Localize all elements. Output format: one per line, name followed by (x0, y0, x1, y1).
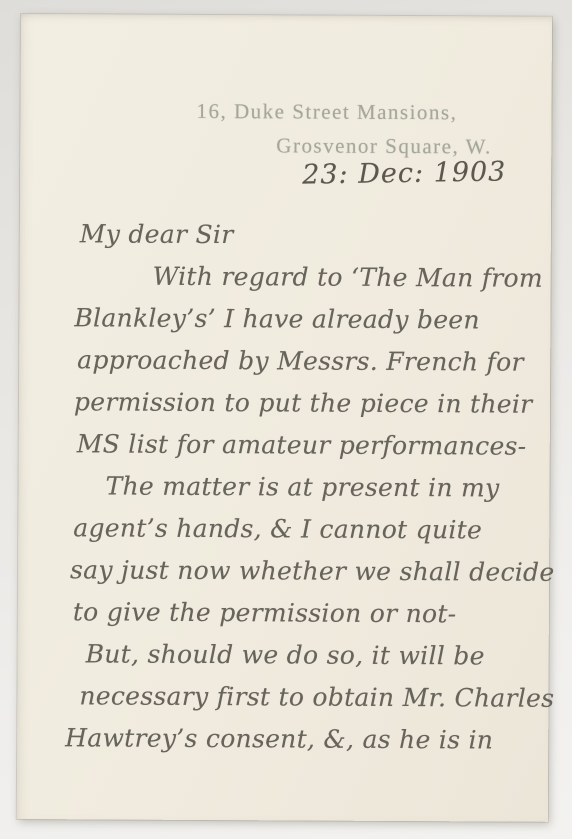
letter-line: say just now whether we shall decide (70, 549, 540, 593)
letter-paper: 16, Duke Street Mansions, Grosvenor Squa… (17, 14, 552, 822)
letter-line: The matter is at present in my (105, 465, 540, 509)
letter-line: agent’s hands, & I cannot quite (73, 507, 540, 551)
letter-line: With regard to ‘The Man from (153, 256, 542, 300)
letter-line: necessary first to obtain Mr. Charles (79, 675, 539, 719)
letterhead-address-line1: 16, Duke Street Mansions, (196, 99, 457, 125)
letter-line-salutation: My dear Sir (80, 213, 542, 257)
letter-line: to give the permission or not- (73, 591, 540, 635)
letterhead-address-line2: Grosvenor Square, W. (276, 133, 492, 159)
letter-line: MS list for amateur performances- (77, 423, 541, 467)
letter-date: 23: Dec: 1903 (302, 156, 507, 190)
letter-line: Hawtrey’s consent, &, as he is in (65, 717, 539, 761)
letter-photograph-background: 16, Duke Street Mansions, Grosvenor Squa… (0, 0, 572, 839)
letter-line: But, should we do so, it will be (86, 633, 540, 677)
letter-body: My dear Sir With regard to ‘The Man from… (57, 213, 542, 762)
letter-line: approached by Messrs. French for (77, 339, 541, 383)
letter-line: Blankley’s’ I have already been (74, 297, 541, 341)
letter-line: permission to put the piece in their (74, 381, 541, 425)
